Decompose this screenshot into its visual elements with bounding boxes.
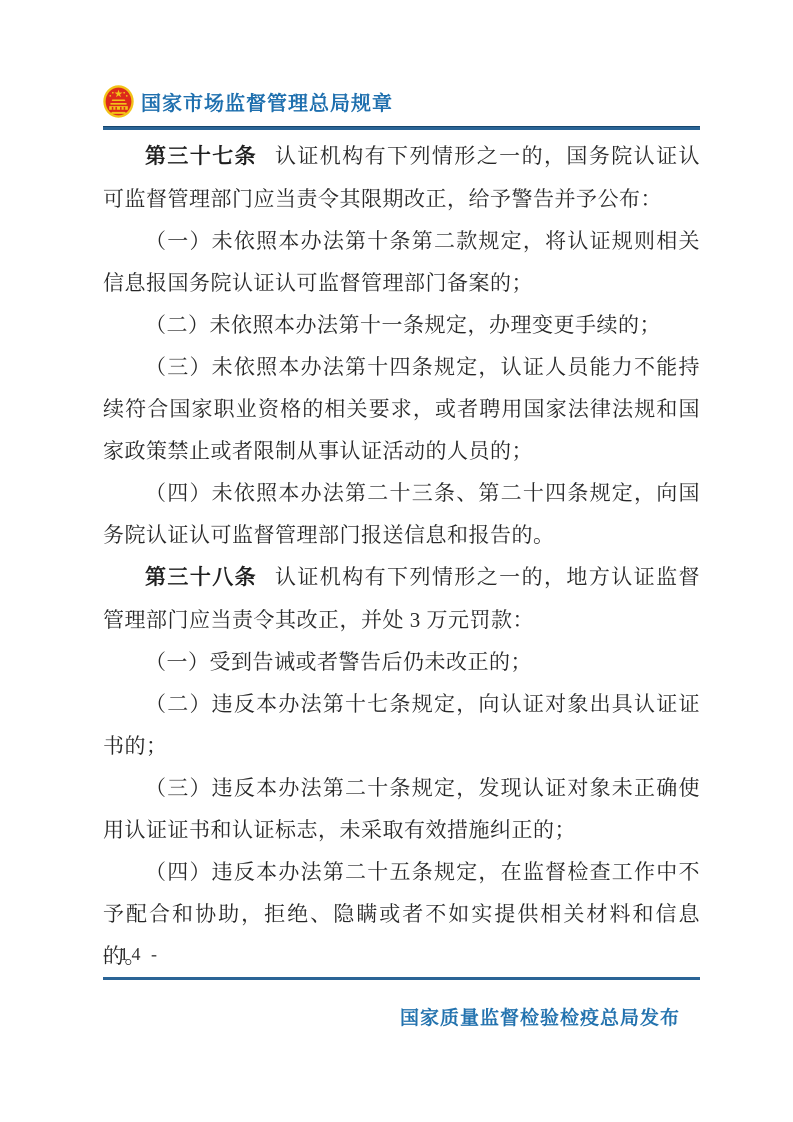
publisher-line: 国家质量监督检验检疫总局发布 xyxy=(400,1003,680,1030)
article-heading: 第三十七条认证机构有下列情形之一的，国务院认证认可监督管理部门应当责令其限期改正… xyxy=(103,135,700,220)
footer-rule xyxy=(103,977,700,980)
list-item-paragraph: （四）违反本办法第二十五条规定，在监督检查工作中不予配合和协助，拒绝、隐瞒或者不… xyxy=(103,851,700,977)
article-number: 第三十八条 xyxy=(145,566,257,589)
article-heading: 第三十八条认证机构有下列情形之一的，地方认证监督管理部门应当责令其改正，并处 3… xyxy=(103,556,700,641)
document-body: 第三十七条认证机构有下列情形之一的，国务院认证认可监督管理部门应当责令其限期改正… xyxy=(103,135,700,977)
list-item-paragraph: （一）未依照本办法第十条第二款规定，将认证规则相关信息报国务院认证认可监督管理部… xyxy=(103,220,700,304)
list-item-paragraph: （二）违反本办法第十七条规定，向认证对象出具认证证书的； xyxy=(103,683,700,767)
page-number: - 14 - xyxy=(103,944,160,965)
list-item-paragraph: （二）未依照本办法第十一条规定，办理变更手续的； xyxy=(103,304,700,346)
header-title: 国家市场监督管理总局规章 xyxy=(141,87,393,116)
header-rule xyxy=(103,126,700,130)
china-national-emblem-icon xyxy=(103,85,134,118)
article-number: 第三十七条 xyxy=(145,145,257,168)
list-item-paragraph: （一）受到告诫或者警告后仍未改正的； xyxy=(103,641,700,683)
list-item-paragraph: （三）违反本办法第二十条规定，发现认证对象未正确使用认证证书和认证标志，未采取有… xyxy=(103,767,700,851)
list-item-paragraph: （三）未依照本办法第十四条规定，认证人员能力不能持续符合国家职业资格的相关要求，… xyxy=(103,346,700,472)
list-item-paragraph: （四）未依照本办法第二十三条、第二十四条规定，向国务院认证认可监督管理部门报送信… xyxy=(103,472,700,556)
document-page: 国家市场监督管理总局规章 第三十七条认证机构有下列情形之一的，国务院认证认可监督… xyxy=(0,0,793,1122)
document-header: 国家市场监督管理总局规章 xyxy=(103,85,700,118)
